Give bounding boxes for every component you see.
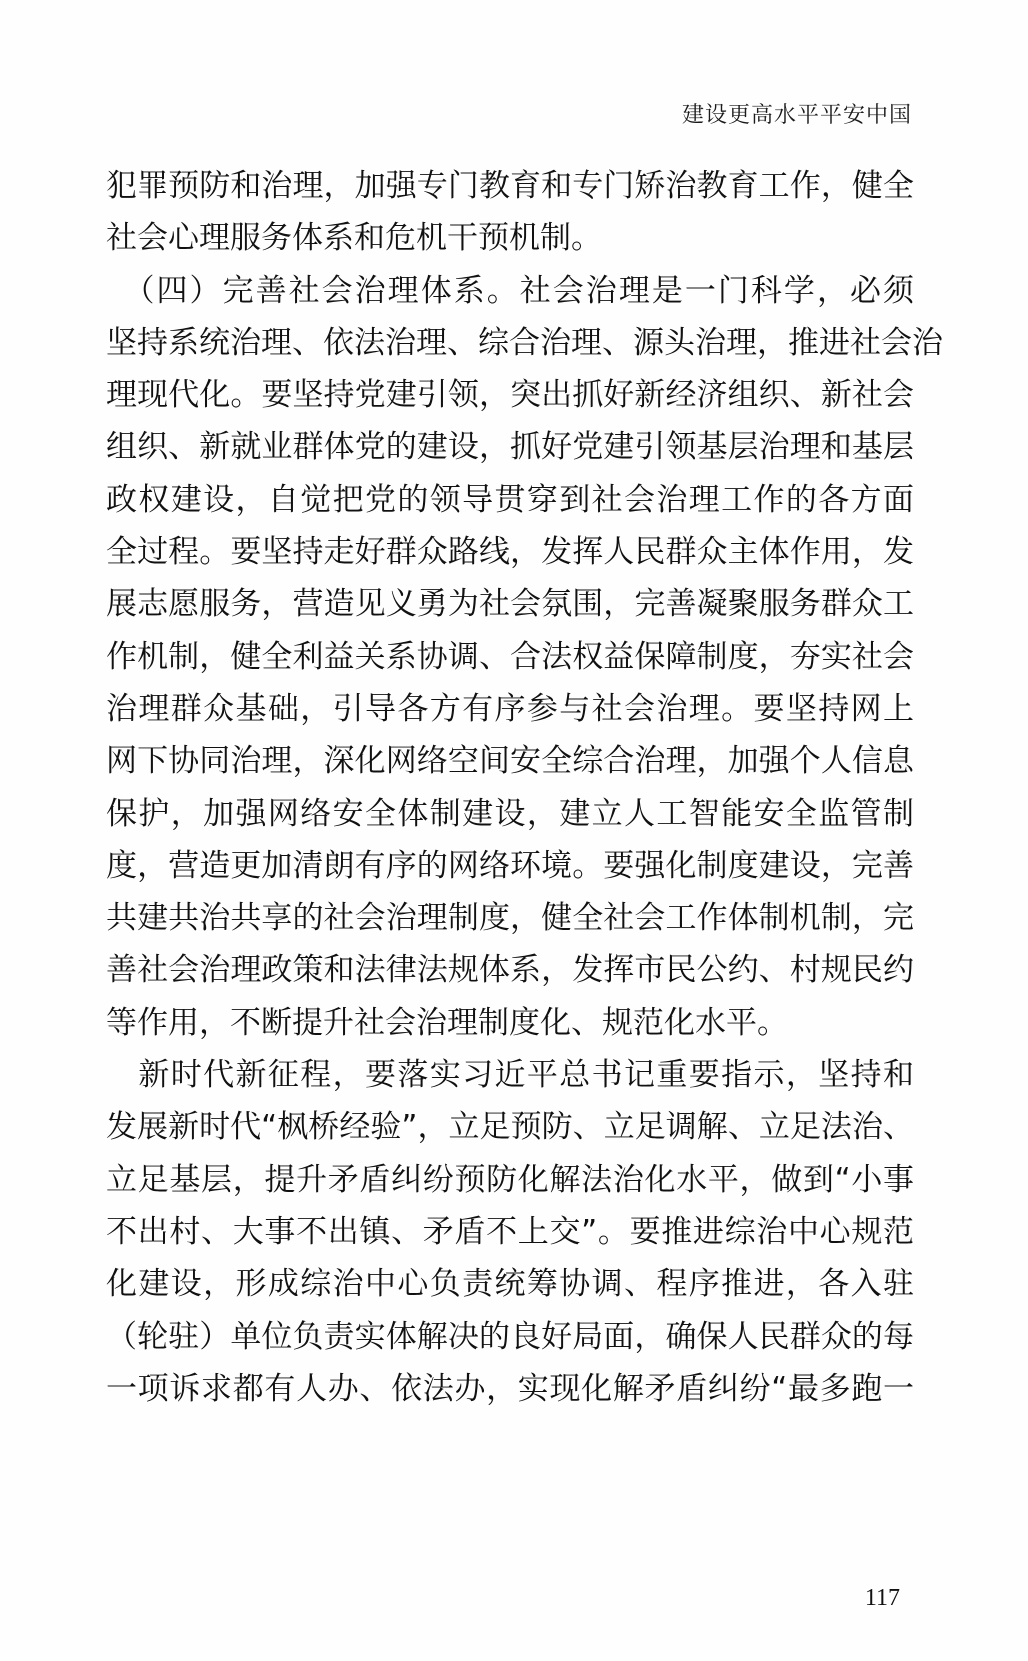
text-line: 全过程。要坚持走好群众路线，发挥人民群众主体作用，发 [106,526,914,578]
text-line: 不出村、大事不出镇、矛盾不上交”。要推进综治中心规范 [106,1206,914,1258]
text-line: 组织、新就业群体党的建设，抓好党建引领基层治理和基层 [106,421,914,473]
text-line: 坚持系统治理、依法治理、综合治理、源头治理，推进社会治 [106,317,914,369]
text-line: 等作用，不断提升社会治理制度化、规范化水平。 [106,997,914,1049]
text-line: 发展新时代“枫桥经验”，立足预防、立足调解、立足法治、 [106,1101,914,1153]
text-line: 政权建设，自觉把党的领导贯穿到社会治理工作的各方面 [106,474,914,526]
text-line: 共建共治共享的社会治理制度，健全社会工作体制机制，完 [106,892,914,944]
text-line: 善社会治理政策和法律法规体系，发挥市民公约、村规民约 [106,944,914,996]
text-line: 展志愿服务，营造见义勇为社会氛围，完善凝聚服务群众工 [106,578,914,630]
text-line: （轮驻）单位负责实体解决的良好局面，确保人民群众的每 [106,1311,914,1363]
page-number: 117 [865,1585,900,1612]
running-header: 建设更高水平平安中国 [682,98,912,129]
text-line: 理现代化。要坚持党建引领，突出抓好新经济组织、新社会 [106,369,914,421]
body-text: 犯罪预防和治理，加强专门教育和专门矫治教育工作，健全 社会心理服务体系和危机干预… [106,160,914,1415]
text-line: 社会心理服务体系和危机干预机制。 [106,212,914,264]
text-line: 度，营造更加清朗有序的网络环境。要强化制度建设，完善 [106,840,914,892]
text-line: 网下协同治理，深化网络空间安全综合治理，加强个人信息 [106,735,914,787]
text-line: 保护，加强网络安全体制建设，建立人工智能安全监管制 [106,788,914,840]
book-page: 建设更高水平平安中国 犯罪预防和治理，加强专门教育和专门矫治教育工作，健全 社会… [0,0,1028,1661]
text-line: 作机制，健全利益关系协调、合法权益保障制度，夯实社会 [106,631,914,683]
text-line: 立足基层，提升矛盾纠纷预防化解法治化水平，做到“小事 [106,1154,914,1206]
paragraph-start-line: 新时代新征程，要落实习近平总书记重要指示，坚持和 [106,1049,914,1101]
text-line: 化建设，形成综治中心负责统筹协调、程序推进，各入驻 [106,1258,914,1310]
text-line: 治理群众基础，引导各方有序参与社会治理。要坚持网上 [106,683,914,735]
text-line: 犯罪预防和治理，加强专门教育和专门矫治教育工作，健全 [106,160,914,212]
section-heading-line: （四）完善社会治理体系。社会治理是一门科学，必须 [106,265,914,317]
text-line: 一项诉求都有人办、依法办，实现化解矛盾纠纷“最多跑一 [106,1363,914,1415]
